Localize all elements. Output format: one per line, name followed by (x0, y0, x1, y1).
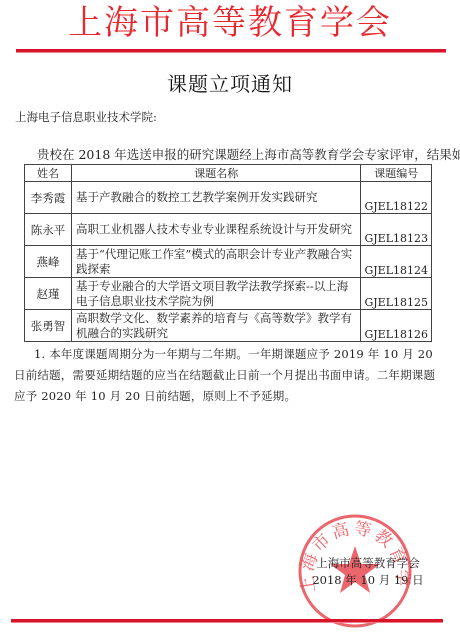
cell-topic: 基于专业融合的大学语文项目教学法教学探索--以上海电子信息职业技术学院为例 (72, 278, 361, 310)
cell-code: GJEL18124 (361, 246, 432, 278)
table-row: 燕峰 基于“代理记账工作室”模式的高职会计专业产教融合实践探索 GJEL1812… (25, 246, 432, 278)
addressee: 上海电子信息职业技术学院: (15, 109, 157, 125)
cell-topic: 高职工业机器人技术专业专业课程系统设计与开发研究 (72, 214, 361, 246)
cell-name: 赵瑾 (25, 278, 72, 310)
cell-topic: 高职数学文化、数学素养的培育与《高等数学》教学有机融合的实践研究 (72, 310, 361, 342)
intro-paragraph: 贵校在 2018 年选送申报的研究课题经上海市高等教育学会专家评审，结果如下: (37, 145, 460, 163)
table-header-row: 姓名 课题名称 课题编号 (25, 165, 432, 182)
table-row: 陈永平 高职工业机器人技术专业专业课程系统设计与开发研究 GJEL18123 (25, 214, 432, 246)
footer-divider (11, 619, 443, 623)
cell-code: GJEL18126 (361, 310, 432, 342)
table-row: 赵瑾 基于专业融合的大学语文项目教学法教学探索--以上海电子信息职业技术学院为例… (25, 278, 432, 310)
signature-block: 上海市高等教育学会 2018 年 10 月 19 日 (298, 555, 438, 589)
cell-code: GJEL18123 (361, 214, 432, 246)
cell-code: GJEL18122 (361, 182, 432, 214)
signature-org: 上海市高等教育学会 (298, 555, 438, 572)
table-row: 李秀霞 基于产教融合的数控工艺教学案例开发实践研究 GJEL18122 (25, 182, 432, 214)
cell-code: GJEL18125 (361, 278, 432, 310)
cell-name: 张勇智 (25, 310, 72, 342)
cell-name: 燕峰 (25, 246, 72, 278)
document-title: 课题立项通知 (0, 68, 460, 97)
notes-paragraph: 1. 本年度课题周期分为一年期与二年期。一年期课题应予 2019 年 10 月 … (14, 344, 446, 407)
header-topic: 课题名称 (72, 165, 361, 182)
cell-topic: 基于“代理记账工作室”模式的高职会计专业产教融合实践探索 (72, 246, 361, 278)
org-letterhead-title: 上海市高等教育学会 (0, 2, 460, 44)
header-name: 姓名 (25, 165, 72, 182)
table-row: 张勇智 高职数学文化、数学素养的培育与《高等数学》教学有机融合的实践研究 GJE… (25, 310, 432, 342)
cell-name: 陈永平 (25, 214, 72, 246)
cell-name: 李秀霞 (25, 182, 72, 214)
results-table: 姓名 课题名称 课题编号 李秀霞 基于产教融合的数控工艺教学案例开发实践研究 G… (24, 164, 432, 342)
signature-date: 2018 年 10 月 19 日 (298, 572, 438, 589)
cell-topic: 基于产教融合的数控工艺教学案例开发实践研究 (72, 182, 361, 214)
header-code: 课题编号 (361, 165, 432, 182)
header-divider (16, 49, 446, 53)
